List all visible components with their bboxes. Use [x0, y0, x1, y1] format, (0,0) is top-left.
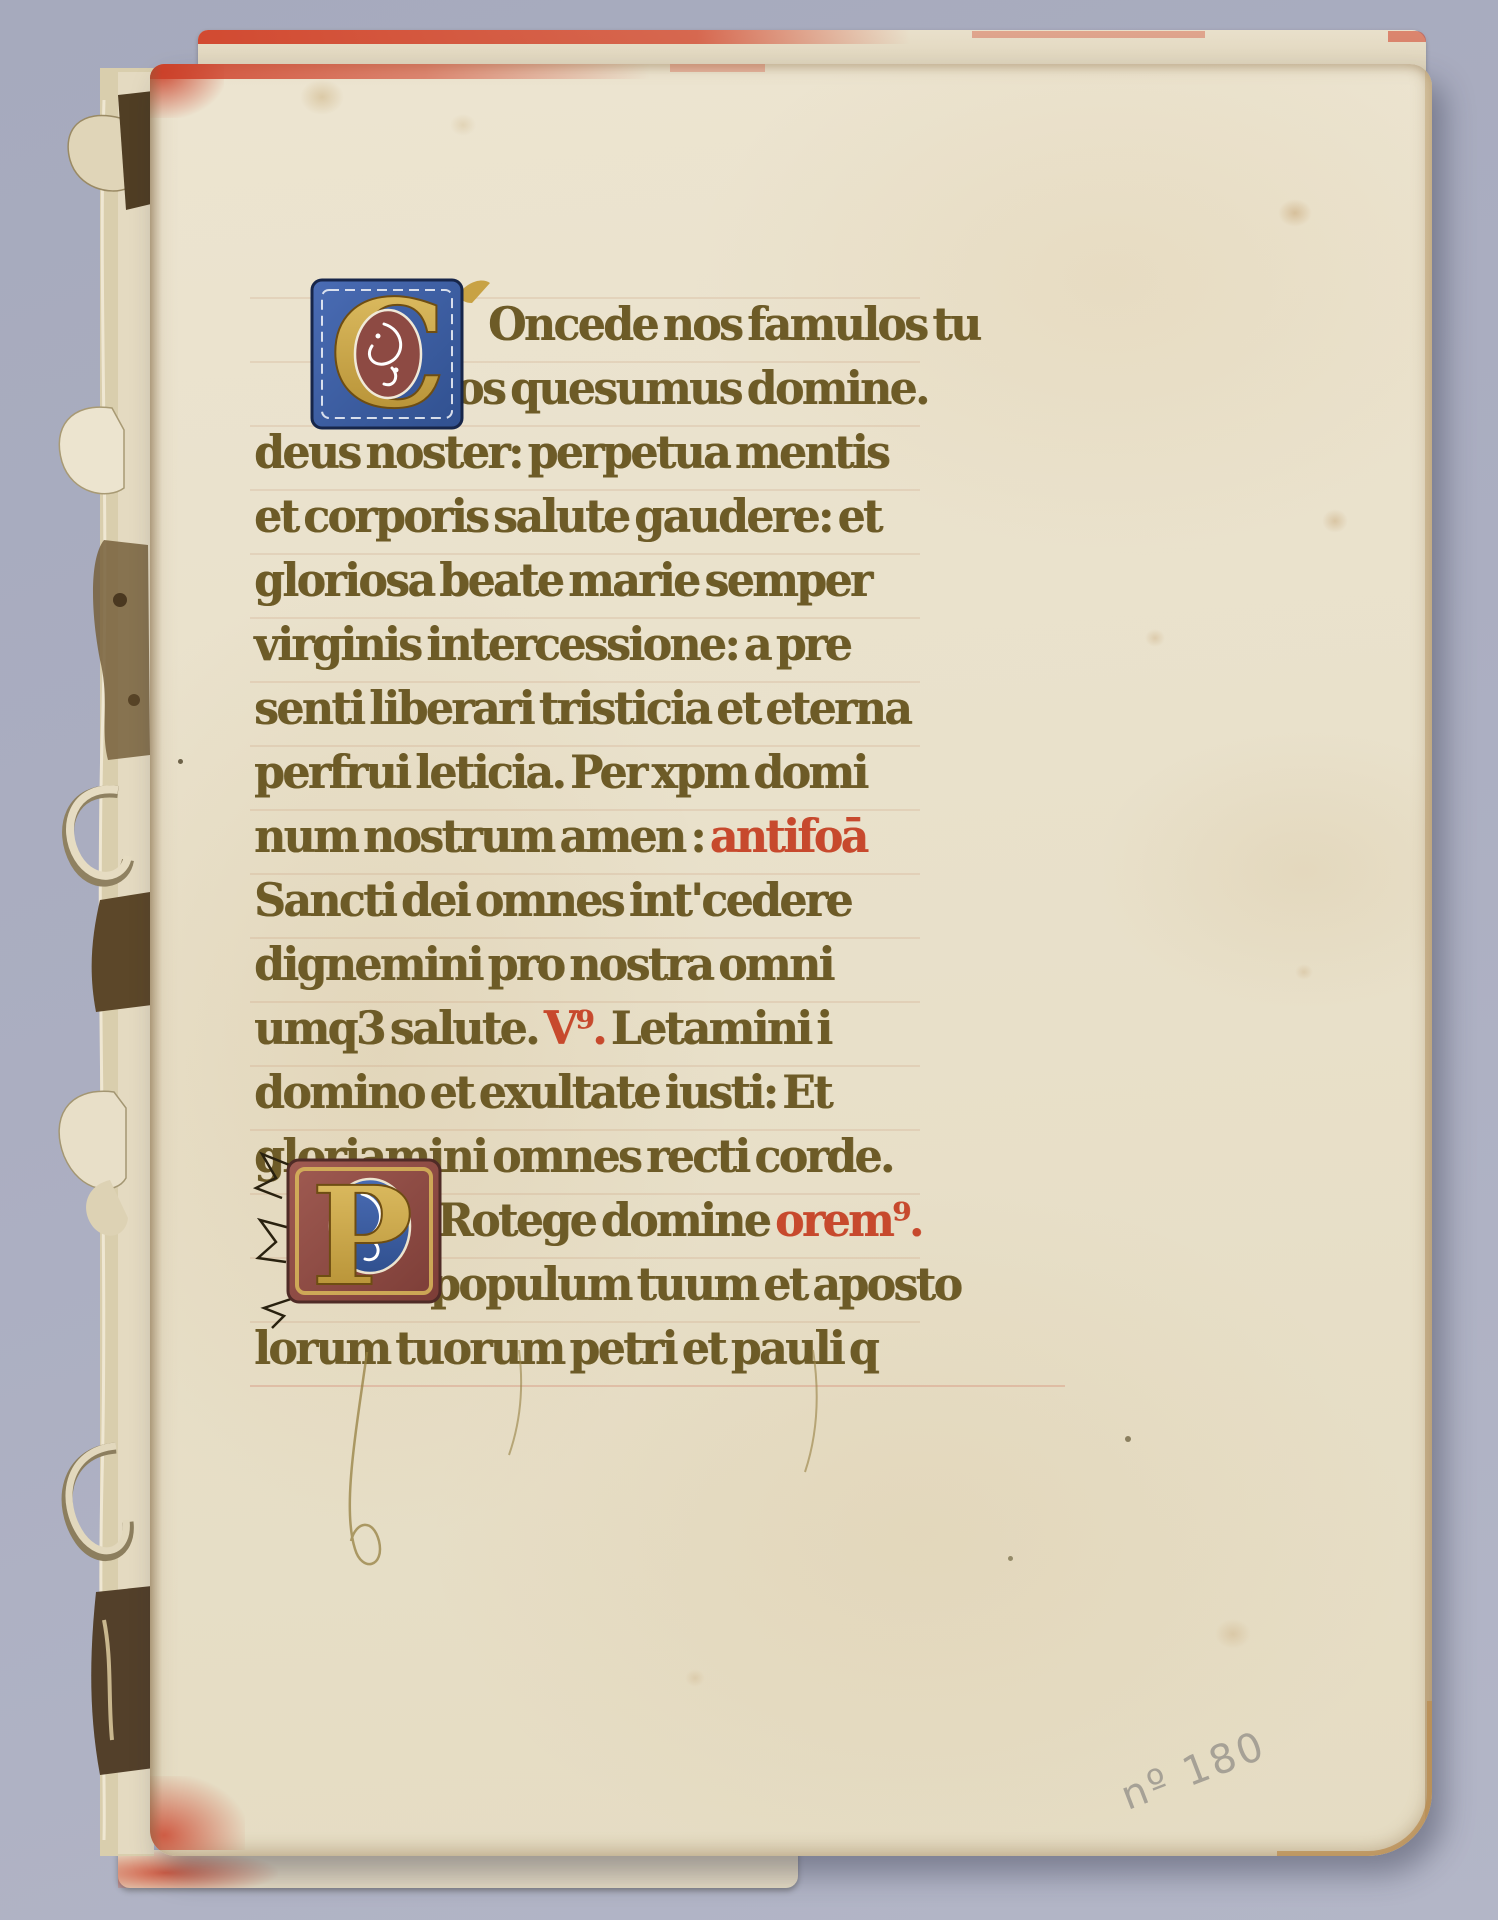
ink-speck [1125, 1436, 1131, 1442]
foxing-stain [1215, 1619, 1251, 1649]
foxing-stain [450, 114, 476, 136]
foxing-stain [1295, 964, 1313, 980]
foxing-stain [1145, 629, 1165, 647]
ink-speck [1008, 1556, 1013, 1561]
glue-residue [113, 593, 127, 607]
red-edge-stain [670, 64, 765, 72]
gutter-shading [150, 64, 162, 1856]
foxing-stain [1322, 509, 1348, 533]
vellum-tab [59, 1091, 126, 1189]
glue-residue [92, 892, 152, 1012]
leaf-corner-edge [1277, 1701, 1432, 1856]
pencil-annotation: nº 180 [1115, 1722, 1273, 1819]
glue-residue [128, 694, 140, 706]
red-edge-stain [150, 1776, 245, 1850]
manuscript-leaf: nº 180 [150, 64, 1432, 1856]
vellum-tab [68, 116, 128, 191]
foxing-stain [685, 1669, 705, 1687]
red-edge-stain [198, 30, 910, 44]
vellum-tab [59, 407, 124, 494]
foxing-stain [1278, 199, 1312, 227]
red-edge-stain [150, 64, 650, 79]
leaf-fore-edge [1425, 64, 1432, 1856]
ink-speck [178, 759, 183, 764]
glue-residue [91, 1586, 154, 1775]
red-edge-stain [972, 31, 1205, 38]
foxing-stain [300, 79, 344, 115]
photograph: nº 180 Oncede nos famulos tuos quesumus … [0, 0, 1498, 1920]
red-edge-stain [1388, 31, 1426, 42]
